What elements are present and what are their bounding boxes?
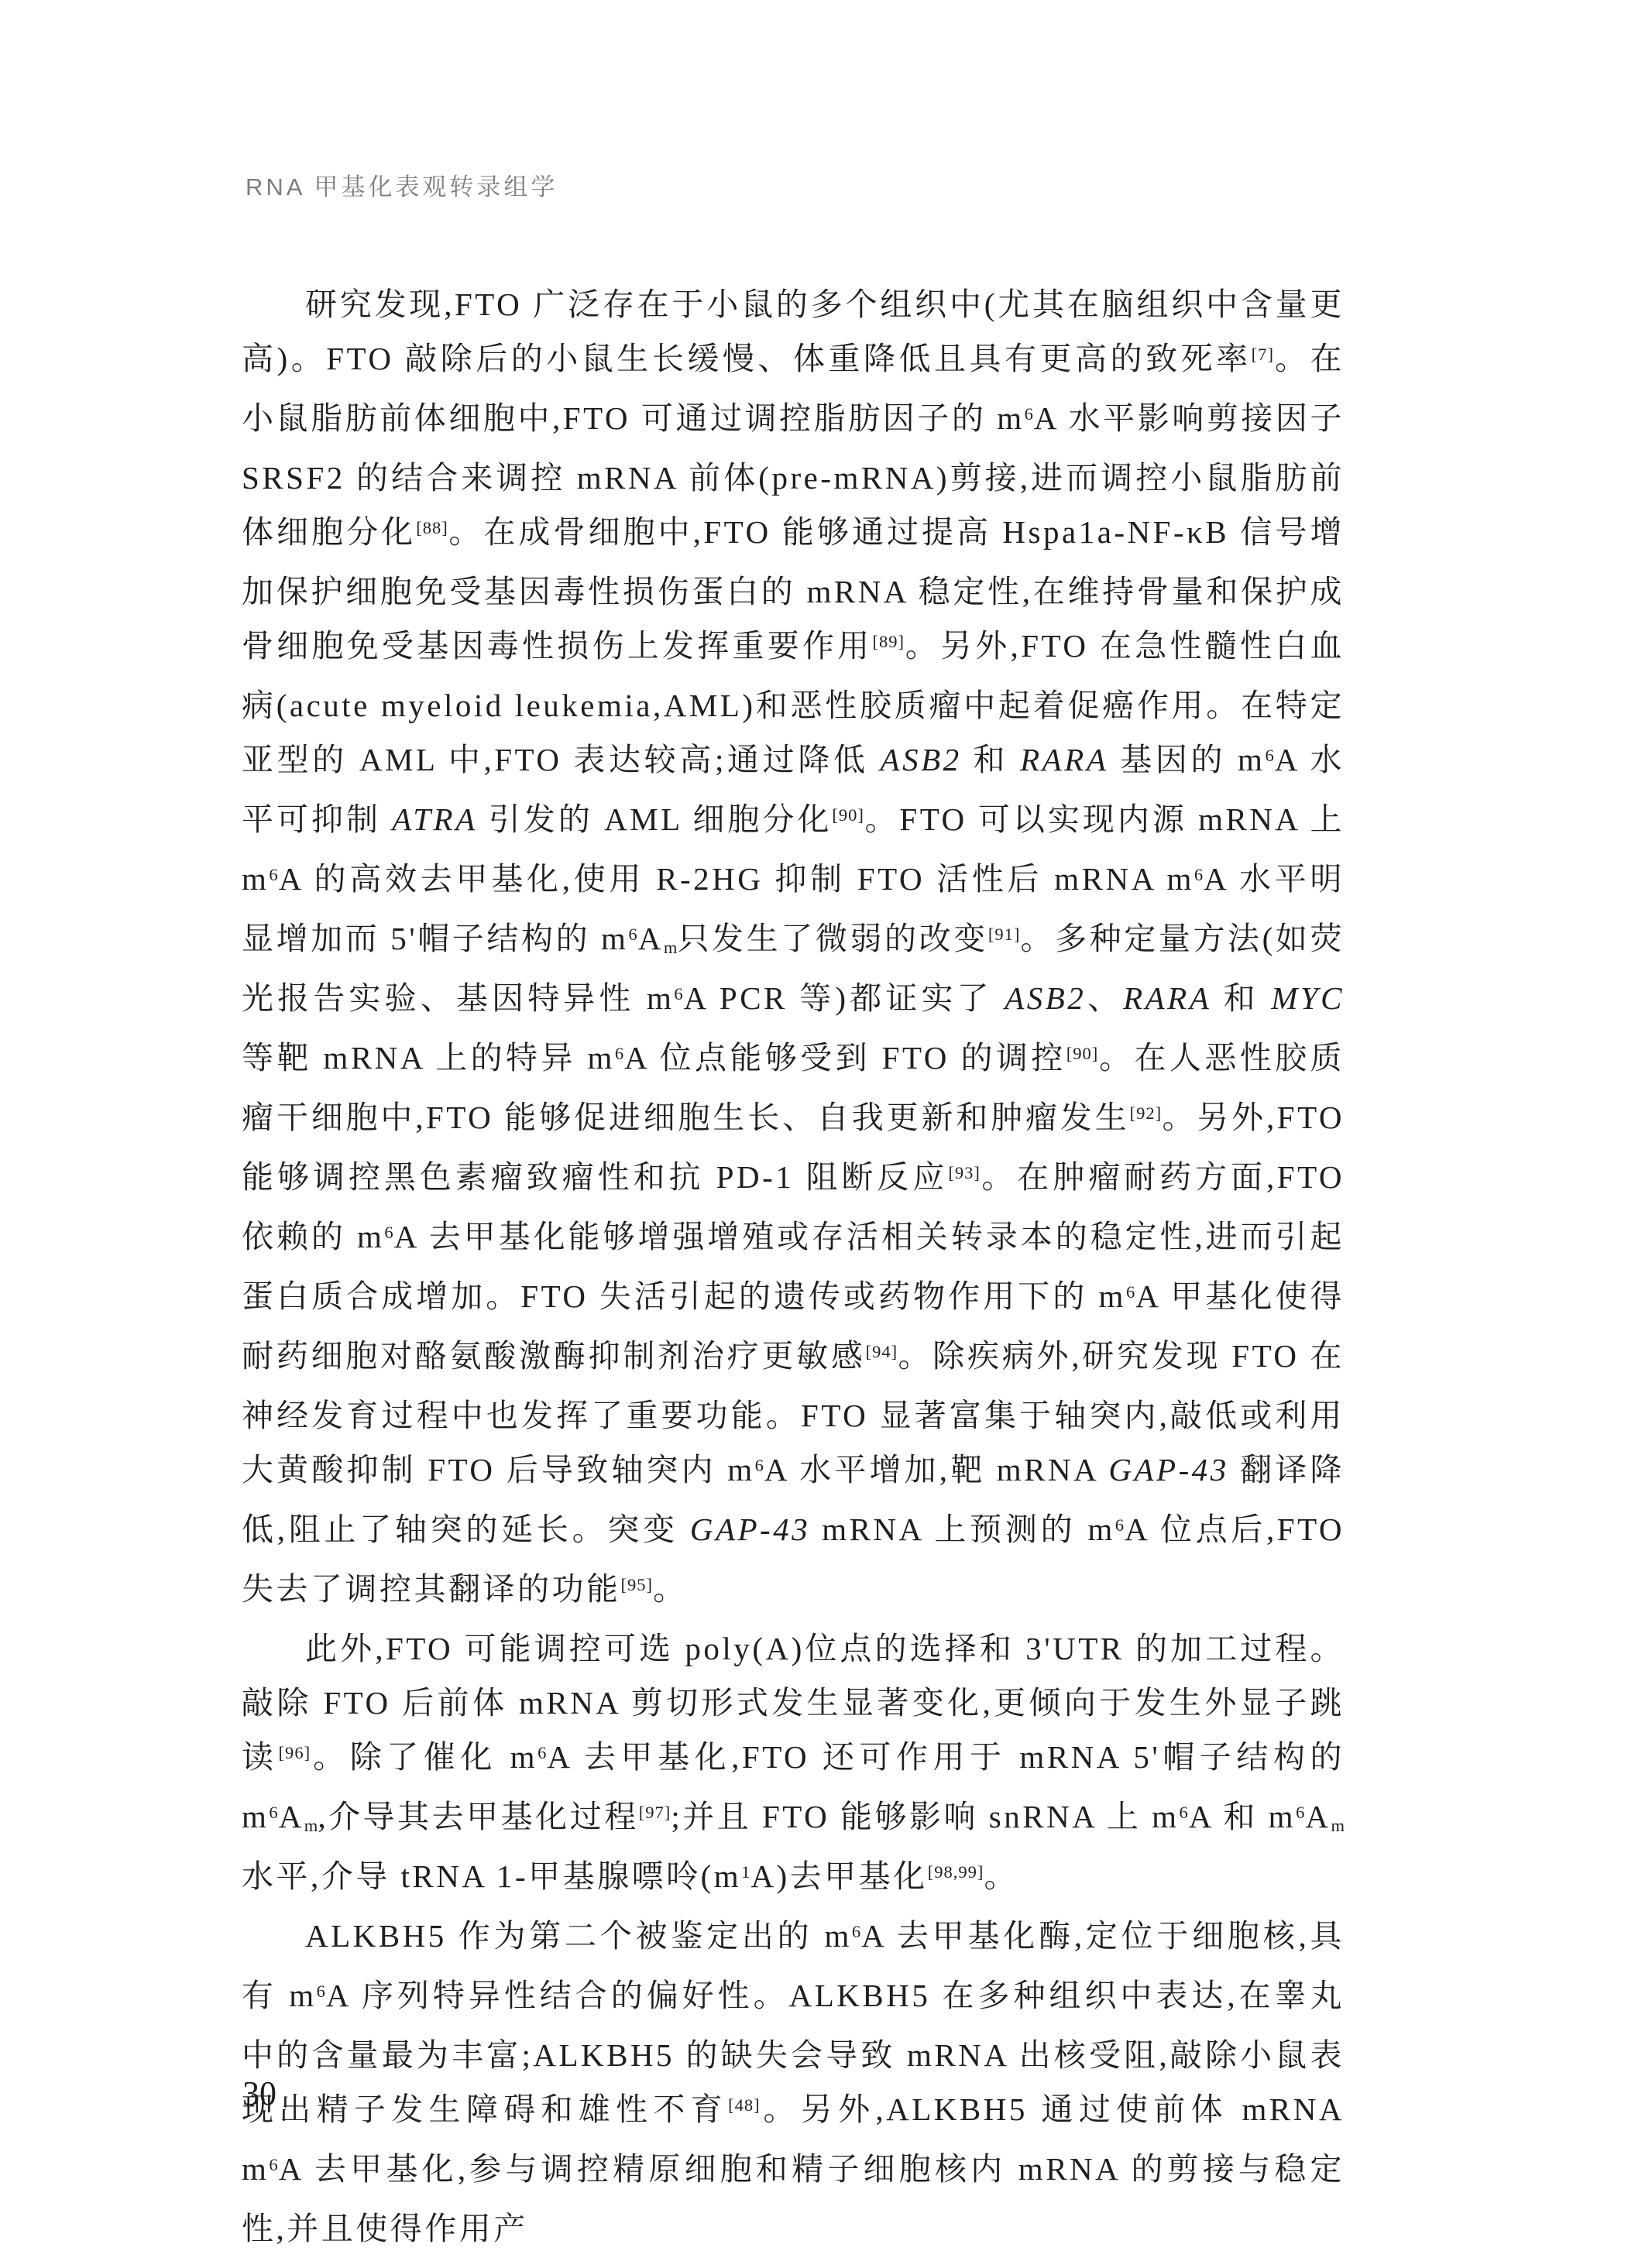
body-text: 研究发现,FTO 广泛存在于小鼠的多个组织中(尤其在脑组织中含量更高)。FTO …	[242, 277, 1345, 2256]
paragraph: 此外,FTO 可能调控可选 poly(A)位点的选择和 3'UTR 的加工过程。…	[242, 1621, 1345, 1909]
book-page: RNA 甲基化表观转录组学 研究发现,FTO 广泛存在于小鼠的多个组织中(尤其在…	[0, 0, 1628, 2268]
paragraph: ALKBH5 作为第二个被鉴定出的 m6A 去甲基化酶,定位于细胞核,具有 m6…	[242, 1909, 1345, 2256]
paragraph: 研究发现,FTO 广泛存在于小鼠的多个组织中(尤其在脑组织中含量更高)。FTO …	[242, 277, 1345, 1621]
running-header: RNA 甲基化表观转录组学	[246, 167, 558, 202]
page-number: 30	[242, 2074, 276, 2113]
